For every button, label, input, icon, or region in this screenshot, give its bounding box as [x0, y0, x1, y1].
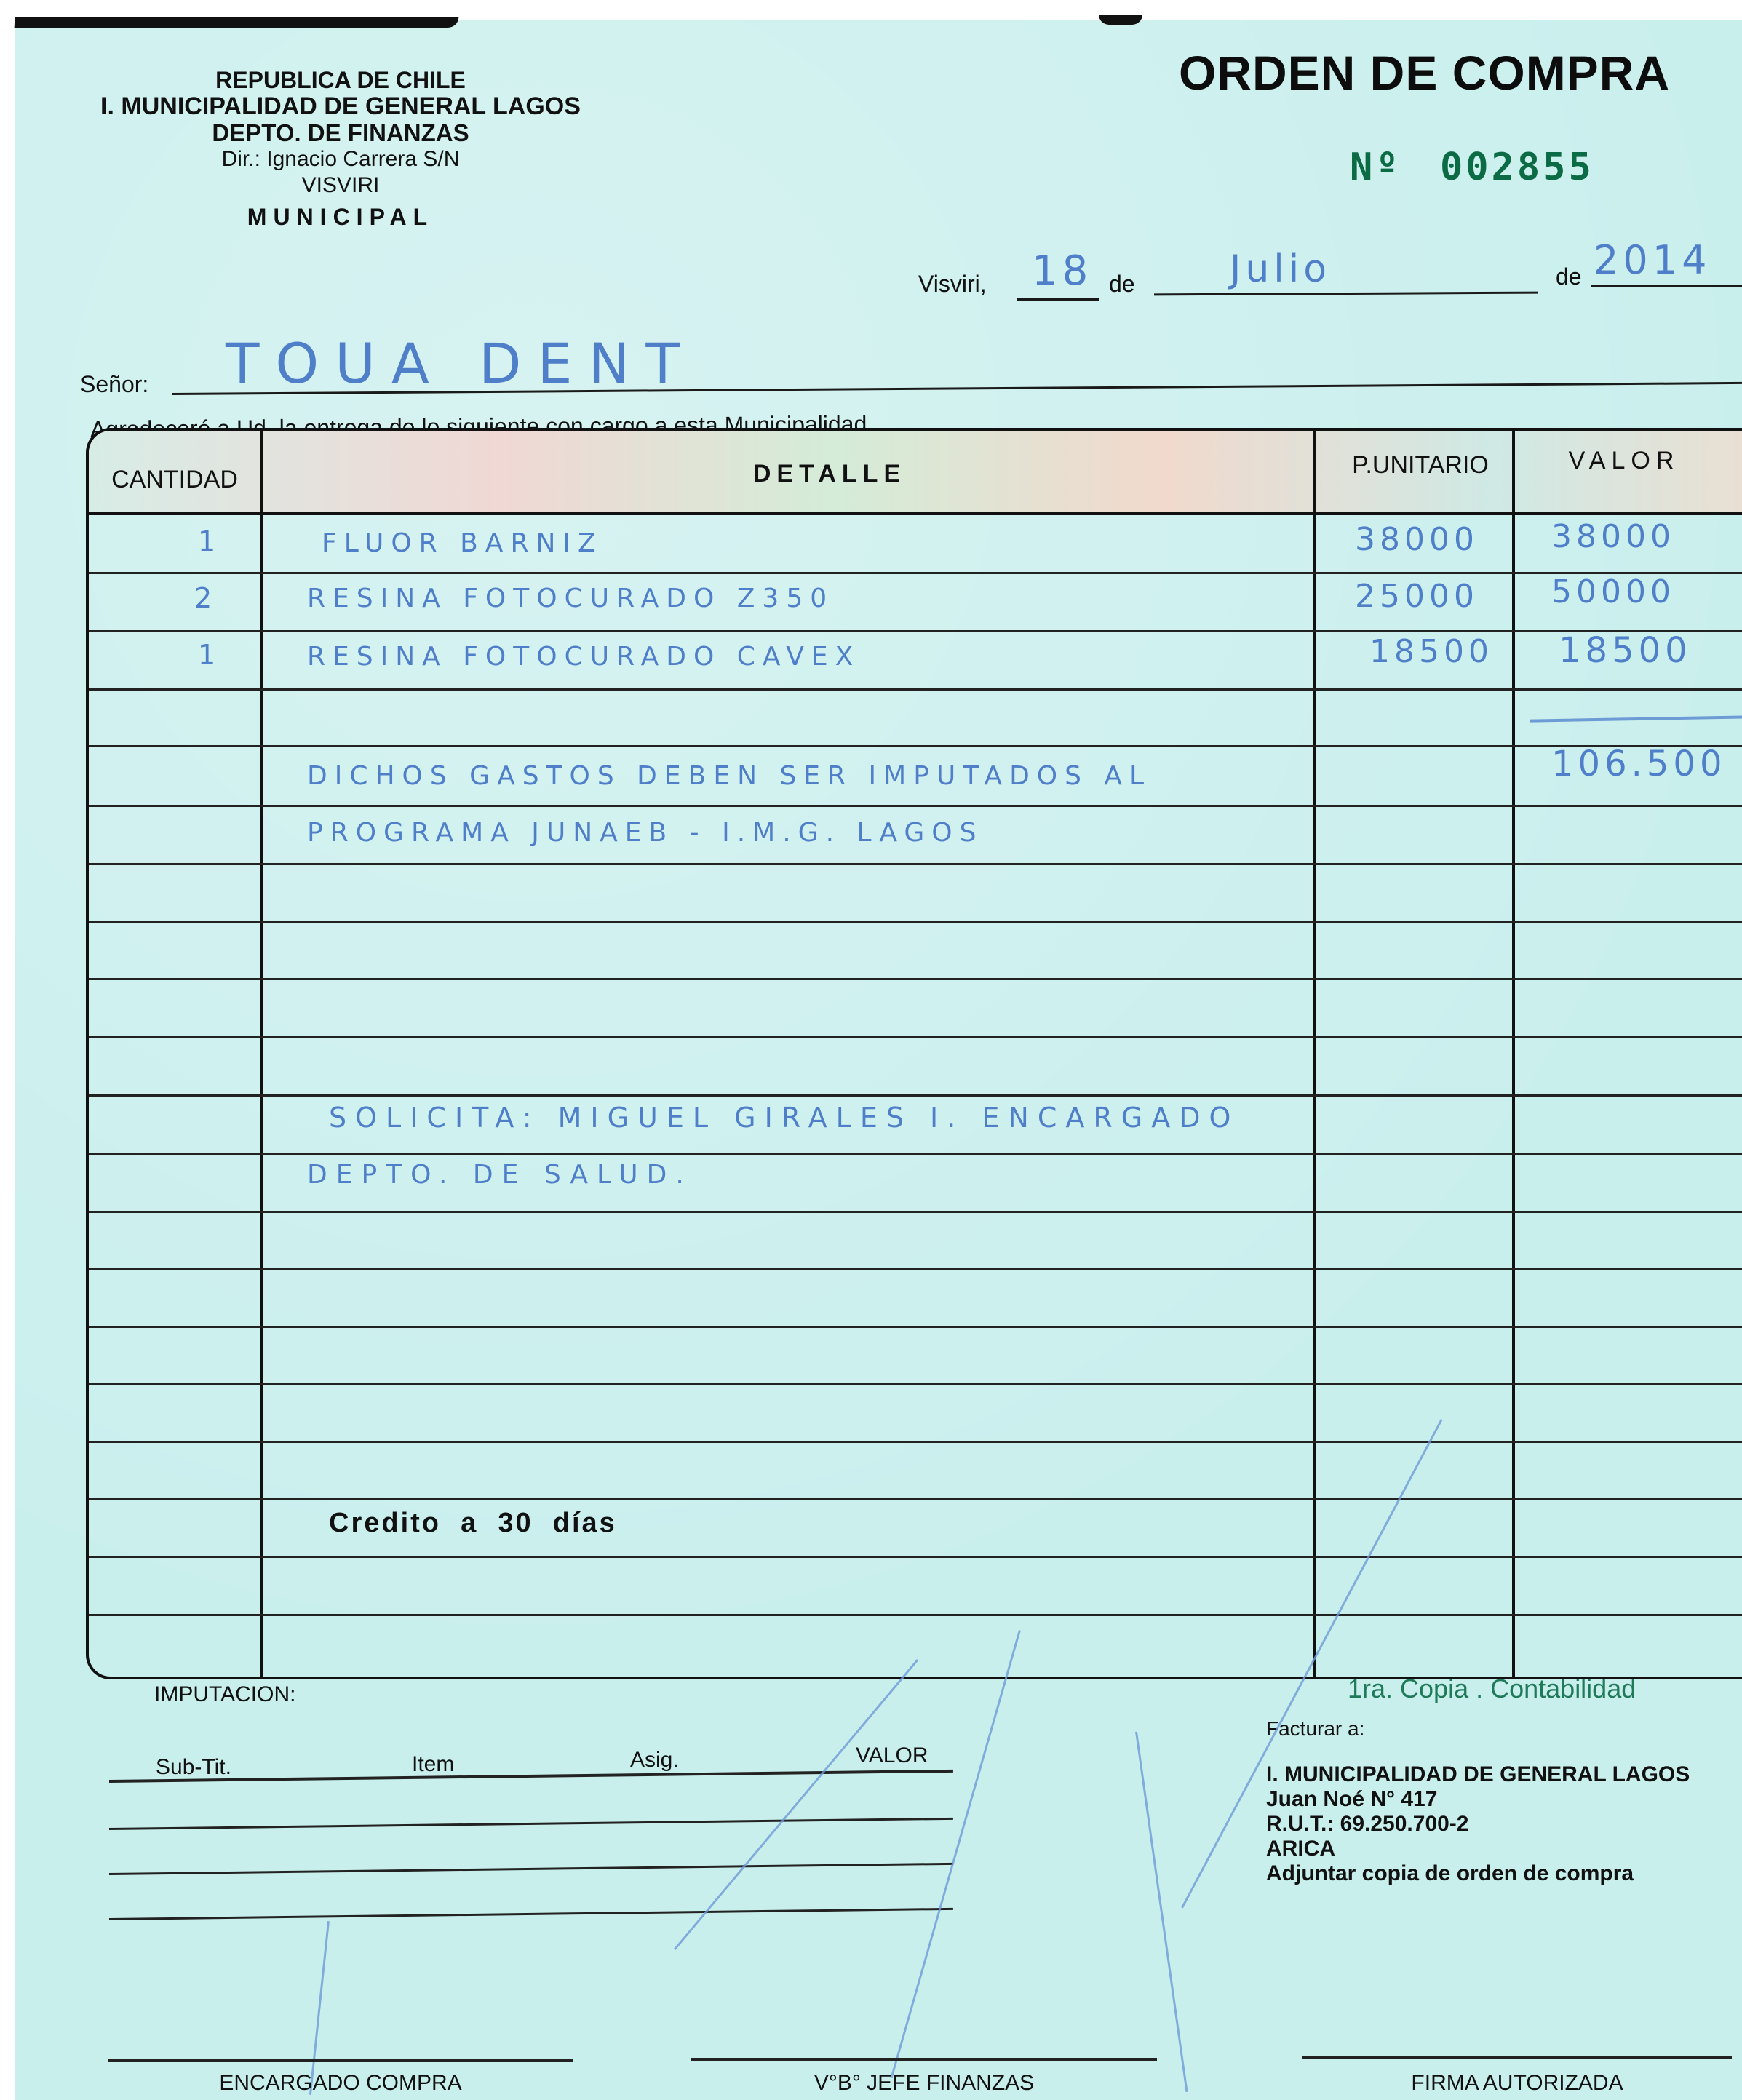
row-divider	[89, 1498, 1742, 1500]
issuer-municipal-label: MUNICIPAL	[13, 204, 668, 231]
date-day-underline	[1017, 298, 1099, 301]
imputacion-col-valor: VALOR	[856, 1743, 928, 1768]
signature-label-encargado: ENCARGADO COMPRA	[108, 2071, 573, 2096]
imputacion-col-item: Item	[412, 1752, 454, 1777]
item-quantity[interactable]: 2	[194, 582, 216, 614]
imputacion-title: IMPUTACION:	[154, 1682, 295, 1707]
number-prefix: Nº	[1350, 146, 1401, 189]
number-value: 002855	[1440, 146, 1594, 189]
header-punitario: P.UNITARIO	[1319, 451, 1522, 480]
total-underline-stroke	[1530, 715, 1742, 722]
item-unit-price[interactable]: 38000	[1355, 521, 1479, 558]
header-valor: VALOR	[1515, 447, 1733, 475]
row-divider	[89, 1441, 1742, 1443]
requester-note[interactable]: SOLICITA: MIGUEL GIRALES I. ENCARGADO	[329, 1102, 1239, 1134]
billing-city: ARICA	[1266, 1837, 1335, 1861]
row-divider	[89, 1036, 1742, 1038]
item-unit-price[interactable]: 18500	[1369, 633, 1493, 670]
recipient-value[interactable]: TOUA DENT	[226, 331, 696, 396]
item-quantity[interactable]: 1	[198, 639, 220, 671]
credit-terms: Credito a 30 días	[329, 1508, 617, 1539]
row-divider	[89, 572, 1742, 574]
item-value[interactable]: 50000	[1551, 573, 1675, 610]
signature-line-encargado	[108, 2059, 573, 2062]
row-divider	[89, 1211, 1742, 1213]
row-divider	[89, 1383, 1742, 1385]
imputacion-col-asig: Asig.	[630, 1748, 679, 1773]
signature-line-jefe	[691, 2058, 1157, 2061]
column-divider	[1313, 431, 1316, 1677]
issuer-municipality: I. MUNICIPALIDAD DE GENERAL LAGOS	[13, 92, 668, 121]
column-divider	[260, 431, 263, 1677]
row-divider	[89, 1326, 1742, 1328]
issuer-town: VISVIRI	[13, 173, 668, 198]
date-year-underline	[1591, 285, 1742, 287]
row-divider	[89, 745, 1742, 747]
recipient-label: Señor:	[80, 371, 148, 398]
requester-note[interactable]: DEPTO. DE SALUD.	[307, 1160, 693, 1190]
item-quantity[interactable]: 1	[198, 525, 220, 557]
date-place-label: Visviri,	[918, 271, 987, 298]
signature-label-firma: FIRMA AUTORIZADA	[1302, 2071, 1732, 2096]
date-month[interactable]: Julio	[1230, 247, 1331, 291]
document-title: ORDEN DE COMPRA	[1179, 45, 1670, 100]
date-year[interactable]: 2014	[1594, 237, 1711, 283]
note-line[interactable]: DICHOS GASTOS DEBEN SER IMPUTADOS AL	[307, 761, 1151, 791]
column-divider	[1512, 431, 1515, 1677]
row-divider	[89, 805, 1742, 807]
row-divider	[89, 1614, 1742, 1616]
row-divider	[89, 921, 1742, 923]
row-divider	[89, 688, 1742, 691]
imputacion-col-subtit: Sub-Tit.	[156, 1755, 231, 1780]
issuer-department: DEPTO. DE FINANZAS	[13, 119, 668, 147]
row-divider	[89, 863, 1742, 865]
row-divider	[89, 1153, 1742, 1155]
row-divider	[89, 978, 1742, 980]
note-line[interactable]: PROGRAMA JUNAEB - I.M.G. LAGOS	[307, 818, 983, 848]
date-de-label-2: de	[1556, 263, 1582, 290]
row-divider	[89, 1556, 1742, 1558]
billing-address: Juan Noé N° 417	[1266, 1787, 1437, 1812]
row-divider	[89, 630, 1742, 632]
scan-edge-mark	[15, 17, 459, 28]
table-header: CANTIDAD DETALLE P.UNITARIO VALOR	[89, 431, 1742, 515]
item-unit-price[interactable]: 25000	[1355, 578, 1479, 615]
issuer-country: REPUBLICA DE CHILE	[13, 67, 668, 94]
billing-rut: R.U.T.: 69.250.700-2	[1266, 1812, 1468, 1837]
billing-instruction: Adjuntar copia de orden de compra	[1266, 1861, 1634, 1886]
item-detail[interactable]: RESINA FOTOCURADO CAVEX	[307, 642, 860, 672]
copy-label: 1ra. Copia . Contabilidad	[1348, 1674, 1636, 1704]
item-detail[interactable]: RESINA FOTOCURADO Z350	[307, 584, 834, 613]
item-detail[interactable]: FLUOR BARNIZ	[322, 528, 603, 558]
row-divider	[89, 1094, 1742, 1097]
row-divider	[89, 1268, 1742, 1270]
item-value[interactable]: 18500	[1559, 630, 1692, 671]
signature-label-jefe: V°B° JEFE FINANZAS	[691, 2071, 1157, 2096]
issuer-address: Dir.: Ignacio Carrera S/N	[13, 147, 668, 172]
header-detalle: DETALLE	[263, 460, 1396, 488]
item-value[interactable]: 38000	[1551, 518, 1675, 555]
items-table: CANTIDAD DETALLE P.UNITARIO VALOR 1 FLUO…	[86, 428, 1742, 1679]
date-day[interactable]: 18	[1032, 247, 1092, 295]
total-value[interactable]: 106.500	[1551, 744, 1727, 784]
order-number: Nº 002855	[1350, 146, 1594, 189]
billing-name: I. MUNICIPALIDAD DE GENERAL LAGOS	[1266, 1762, 1690, 1787]
signature-line-firma	[1302, 2056, 1732, 2059]
scan-edge-mark	[1099, 15, 1142, 25]
date-de-label: de	[1109, 271, 1135, 298]
header-cantidad: CANTIDAD	[89, 466, 260, 494]
